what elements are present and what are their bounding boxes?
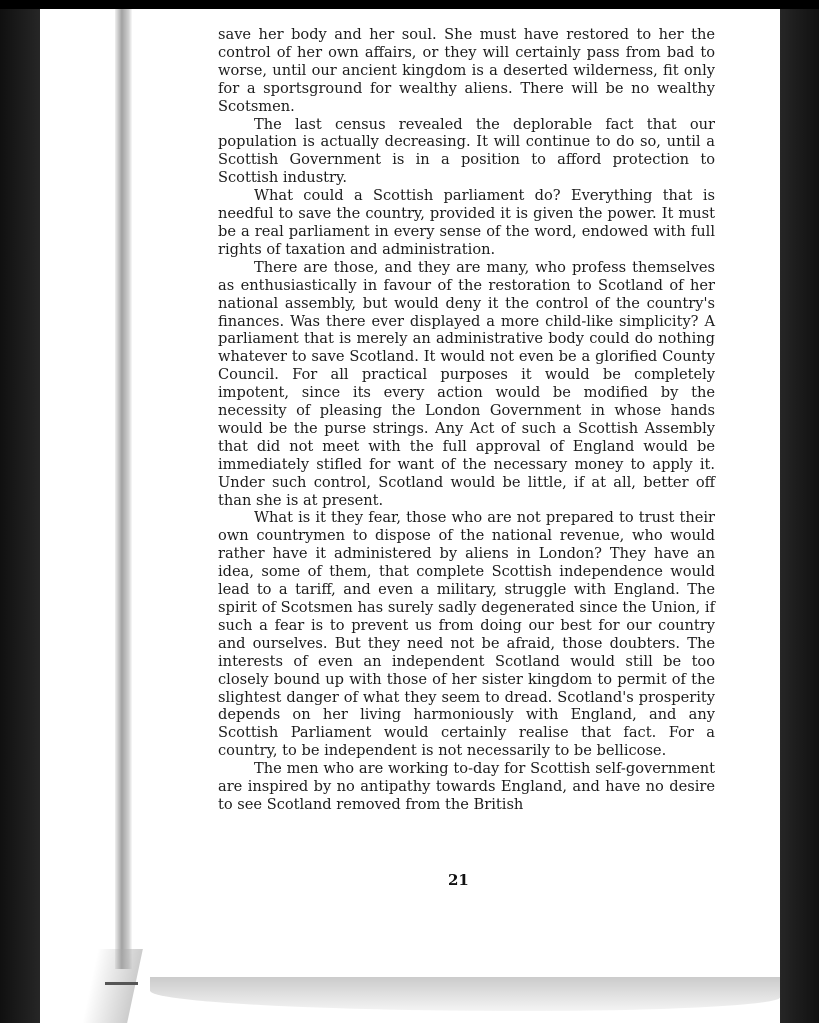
- scanned-page: save her body and her soul. She must hav…: [40, 9, 780, 1023]
- viewer-top-bar: [0, 0, 819, 9]
- page-edge-mark: [105, 982, 138, 985]
- paragraph: What could a Scottish parliament do? Eve…: [218, 187, 715, 259]
- viewer-left-frame: [0, 9, 40, 1023]
- page-bottom-smudge: [150, 977, 780, 1011]
- binding-shadow: [115, 9, 132, 969]
- viewer-right-frame: [780, 9, 819, 1023]
- page-number: 21: [448, 871, 469, 889]
- paragraph: The last census revealed the deplorable …: [218, 116, 715, 188]
- paragraph: save her body and her soul. She must hav…: [218, 26, 715, 116]
- paragraph: What is it they fear, those who are not …: [218, 509, 715, 760]
- paragraph: There are those, and they are many, who …: [218, 259, 715, 510]
- paragraph: The men who are working to-day for Scott…: [218, 760, 715, 814]
- body-text: save her body and her soul. She must hav…: [218, 26, 715, 814]
- binding-shadow-base: [82, 949, 143, 1023]
